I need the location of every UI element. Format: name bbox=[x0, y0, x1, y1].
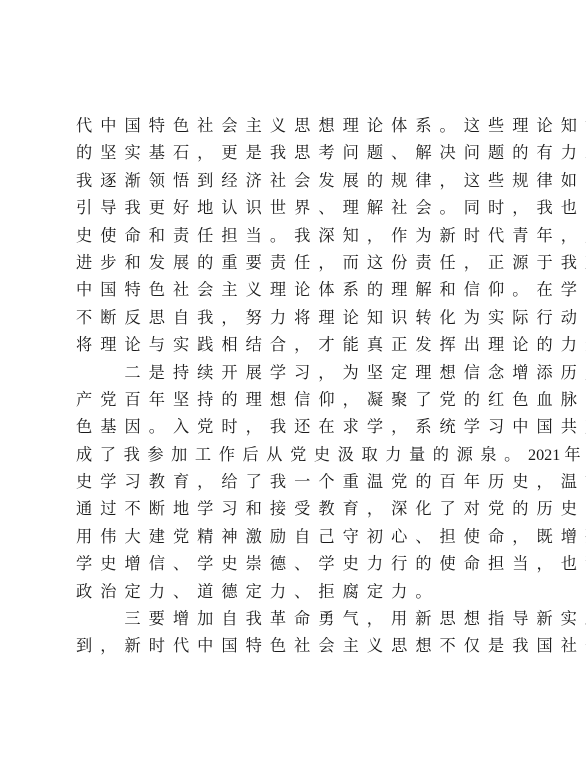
paragraph-start-line: 二是持续开展学习，为坚定理想信念增添历史滋养。中国共 bbox=[76, 359, 516, 386]
text-line: 政治定力、道德定力、拒腐定力。 bbox=[76, 578, 516, 605]
text-line: 进步和发展的重要责任，而这份责任，正源于我对马克思主义和 bbox=[76, 249, 516, 276]
paragraph-start-line: 三要增加自我革命勇气，用新思想指导新实践。我深刻理解 bbox=[76, 605, 516, 632]
text-line: 史学习教育，给了我一个重温党的百年历史，温故知新的机会。 bbox=[76, 468, 516, 495]
text-line: 产党百年坚持的理想信仰，凝聚了党的红色血脉，传承着党的红 bbox=[76, 386, 516, 413]
text-line: 不断反思自我，努力将理论知识转化为实际行动，我坚信，只有 bbox=[76, 304, 516, 331]
text-line: 我逐渐领悟到经济社会发展的规律，这些规律如同历史的脉络， bbox=[76, 167, 516, 194]
text-line: 史使命和责任担当。我深知，作为新时代青年，肩负着推动社会 bbox=[76, 222, 516, 249]
document-body: 代中国特色社会主义思想理论体系。这些理论知识不仅是我行动 的坚实基石，更是我思考… bbox=[76, 112, 516, 660]
text-line: 学史增信、学史崇德、学史力行的使命担当，也帮助自己坚定了 bbox=[76, 550, 516, 577]
text-line: 通过不断地学习和接受教育，深化了对党的历史的理解和认识， bbox=[76, 495, 516, 522]
text-segment: 成了我参加工作后从党史汲取力量的源泉。 bbox=[76, 445, 528, 464]
text-line: 用伟大建党精神激励自己守初心、担使命，既增强了学史明理、 bbox=[76, 523, 516, 550]
text-line: 中国特色社会主义理论体系的理解和信仰。在学习的过程中，我 bbox=[76, 276, 516, 303]
year-number: 2021 bbox=[528, 446, 560, 464]
text-line-with-date: 成了我参加工作后从党史汲取力量的源泉。2021年2月开始的党 bbox=[76, 441, 516, 468]
text-line: 色基因。入党时，我还在求学，系统学习中国共产党历史，这也 bbox=[76, 413, 516, 440]
text-line: 的坚实基石，更是我思考问题、解决问题的有力工具。通过学习， bbox=[76, 139, 516, 166]
document-page: 代中国特色社会主义思想理论体系。这些理论知识不仅是我行动 的坚实基石，更是我思考… bbox=[0, 0, 586, 759]
text-line: 将理论与实践相结合，才能真正发挥出理论的力量。 bbox=[76, 331, 516, 358]
text-segment: 年 bbox=[560, 445, 586, 464]
text-line: 到，新时代中国特色社会主义思想不仅是我国社会发展的指导思 bbox=[76, 632, 516, 659]
text-line: 引导我更好地认识世界、理解社会。同时，我也明确了自己的历 bbox=[76, 194, 516, 221]
text-line: 代中国特色社会主义思想理论体系。这些理论知识不仅是我行动 bbox=[76, 112, 516, 139]
